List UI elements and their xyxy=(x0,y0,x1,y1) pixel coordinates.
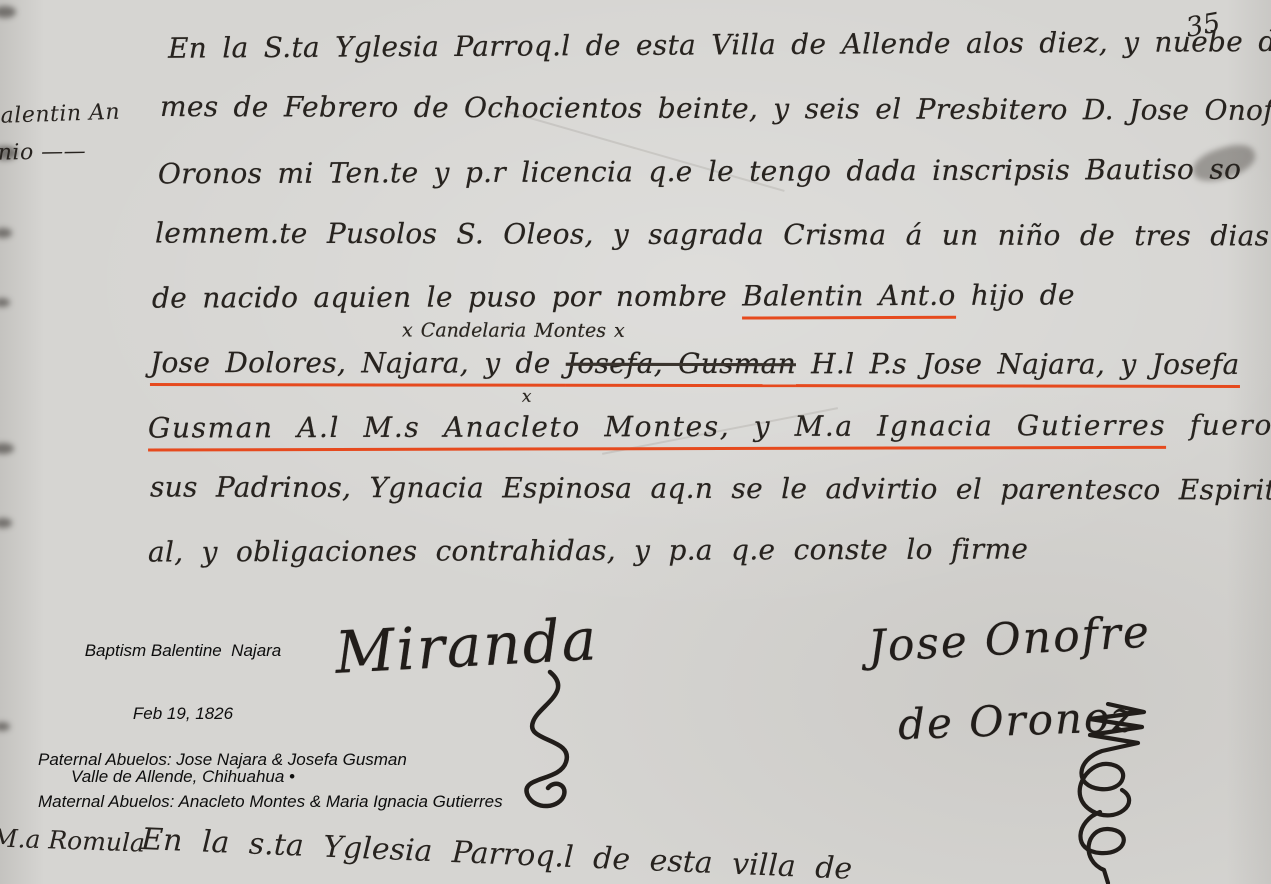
record-line-7-text: fueron xyxy=(1166,409,1271,442)
record-line-5-text-a: de nacido aquien le puso por nombre xyxy=(152,280,742,315)
record-line-8-text: sus Padrinos, Ygnacia Espinosa aq.n se l… xyxy=(150,471,1271,507)
record-line-7: Gusman A.l M.s Anacleto Montes, y M.a Ig… xyxy=(148,409,1271,445)
interlinear-insertion-candelaria-montes: x Candelaria Montes x xyxy=(402,319,625,341)
child-name-underlined: Balentin Ant.o xyxy=(742,279,956,320)
annotation-baptism-name: Baptism Balentine Najara xyxy=(28,640,338,661)
record-line-2: mes de Febrero de Ochocientos beinte, y … xyxy=(160,90,1271,127)
record-line-5: de nacido aquien le puso por nombre Bale… xyxy=(152,278,1075,314)
scan-artifact xyxy=(0,443,14,454)
scan-artifact xyxy=(0,6,16,18)
record-line-1-text: En la S.ta Yglesia Parroq.l de esta Vill… xyxy=(168,24,1271,64)
margin-note-line2: onio —— xyxy=(0,139,86,166)
scan-artifact xyxy=(0,228,12,238)
signature-priest-line1: Jose Onofre xyxy=(867,607,1152,673)
scan-artifact xyxy=(0,298,10,307)
annotation-maternal-grandparents: Maternal Abuelos: Anacleto Montes & Mari… xyxy=(38,792,503,812)
record-line-2-text: mes de Febrero de Ochocientos beinte, y … xyxy=(160,90,1271,127)
record-line-9-text: al, y obligaciones contrahidas, y p.a q.… xyxy=(148,532,1028,568)
record-line-1: En la S.ta Yglesia Parroq.l de esta Vill… xyxy=(168,24,1271,64)
record-line-8: sus Padrinos, Ygnacia Espinosa aq.n se l… xyxy=(150,471,1271,507)
record-line-4: lemnem.te Pusolos S. Oleos, y sagrada Cr… xyxy=(155,217,1269,253)
next-record-margin-name: M.a Romula xyxy=(0,823,145,857)
next-record-first-line: En la s.ta Yglesia Parroq.l de esta vill… xyxy=(141,822,853,884)
scan-artifact xyxy=(0,518,12,528)
record-line-6: x Candelaria Montes x x Jose Dolores, Na… xyxy=(150,346,1240,381)
priest-rubric-flourish xyxy=(1046,702,1166,884)
scan-artifact xyxy=(0,722,10,731)
annotation-paternal-grandparents: Paternal Abuelos: Jose Najara & Josefa G… xyxy=(38,750,407,770)
father-name-underlined: Jose Dolores, Najara, y de xyxy=(150,346,566,387)
record-line-9: al, y obligaciones contrahidas, y p.a q.… xyxy=(148,532,1028,568)
paternal-grandparents-underlined: H.l P.s Jose Najara, y Josefa xyxy=(796,347,1240,388)
record-line-4-text: lemnem.te Pusolos S. Oleos, y sagrada Cr… xyxy=(155,217,1269,253)
maternal-grandparents-underlined: Gusman A.l M.s Anacleto Montes, y M.a Ig… xyxy=(148,409,1166,452)
annotation-baptism-date: Feb 19, 1826 xyxy=(28,703,338,724)
scanned-baptism-record-page: 35 Balentin An onio —— En la S.ta Yglesi… xyxy=(0,0,1271,884)
record-line-3-text: Oronos mi Ten.te y p.r licencia q.e le t… xyxy=(158,153,1241,191)
margin-note-line1: Balentin An xyxy=(0,100,121,130)
record-line-5-text-b: hijo de xyxy=(956,278,1075,311)
insertion-caret-mark: x xyxy=(522,387,532,407)
miranda-rubric-flourish xyxy=(478,668,608,820)
record-line-3: Oronos mi Ten.te y p.r licencia q.e le t… xyxy=(158,153,1241,191)
crossed-out-mother-name: Josefa, Gusman xyxy=(566,347,796,387)
